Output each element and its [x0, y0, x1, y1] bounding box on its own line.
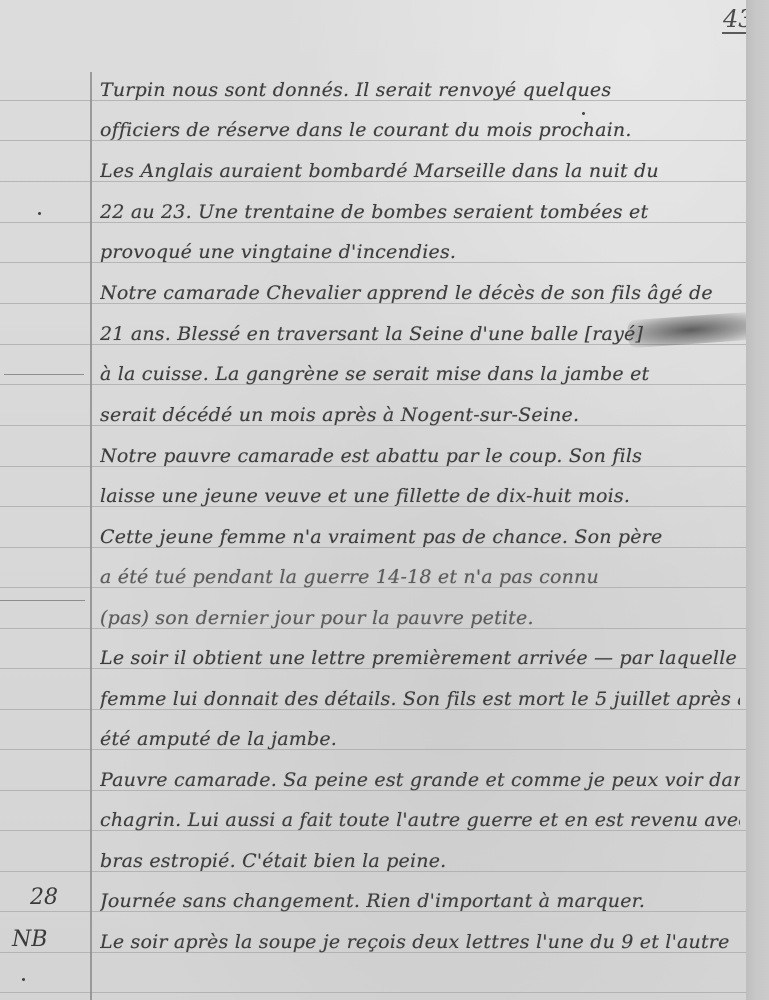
pencil-dash — [4, 374, 84, 375]
handwritten-line: bras estropié. C'était bien la peine. — [100, 849, 740, 873]
scanned-document: 43 Turpin nous sont donnés. Il serait re… — [0, 0, 769, 1000]
ink-dot — [22, 978, 25, 981]
handwritten-line: Pauvre camarade. Sa peine est grande et … — [100, 768, 740, 792]
handwritten-line: Le soir il obtient une lettre premièreme… — [100, 646, 740, 670]
margin-rule — [90, 72, 92, 1000]
handwritten-line: officiers de réserve dans le courant du … — [100, 118, 740, 142]
pencil-dash — [0, 600, 85, 601]
ruled-line — [0, 992, 746, 993]
handwritten-line: 22 au 23. Une trentaine de bombes seraie… — [100, 200, 740, 224]
handwritten-line: serait décédé un mois après à Nogent-sur… — [100, 403, 740, 427]
handwritten-line: laisse une jeune veuve et une fillette d… — [100, 484, 740, 508]
handwritten-line: provoqué une vingtaine d'incendies. — [100, 240, 740, 264]
handwritten-line: Notre pauvre camarade est abattu par le … — [100, 444, 740, 468]
handwritten-line: femme lui donnait des détails. Son fils … — [100, 687, 740, 711]
handwritten-line: été amputé de la jambe. — [100, 727, 740, 751]
handwritten-line: à la cuisse. La gangrène se serait mise … — [100, 362, 740, 386]
ink-dot — [582, 112, 585, 115]
handwritten-line: Notre camarade Chevalier apprend le décè… — [100, 281, 740, 305]
margin-nb: NB — [12, 928, 47, 952]
handwritten-line: (pas) son dernier jour pour la pauvre pe… — [100, 606, 740, 630]
handwritten-line: chagrin. Lui aussi a fait toute l'autre … — [100, 808, 740, 832]
handwritten-line: Journée sans changement. Rien d'importan… — [100, 889, 740, 913]
handwritten-line: Cette jeune femme n'a vraiment pas de ch… — [100, 525, 740, 549]
handwritten-line: Les Anglais auraient bombardé Marseille … — [100, 159, 740, 183]
ink-dot — [38, 212, 41, 215]
handwritten-line: Turpin nous sont donnés. Il serait renvo… — [100, 78, 740, 102]
page-edge — [746, 0, 769, 1000]
handwritten-line: a été tué pendant la guerre 14-18 et n'a… — [100, 565, 740, 589]
handwritten-line: Le soir après la soupe je reçois deux le… — [100, 930, 740, 954]
notebook-page: 43 Turpin nous sont donnés. Il serait re… — [0, 0, 747, 1000]
margin-date: 28 — [30, 886, 58, 910]
